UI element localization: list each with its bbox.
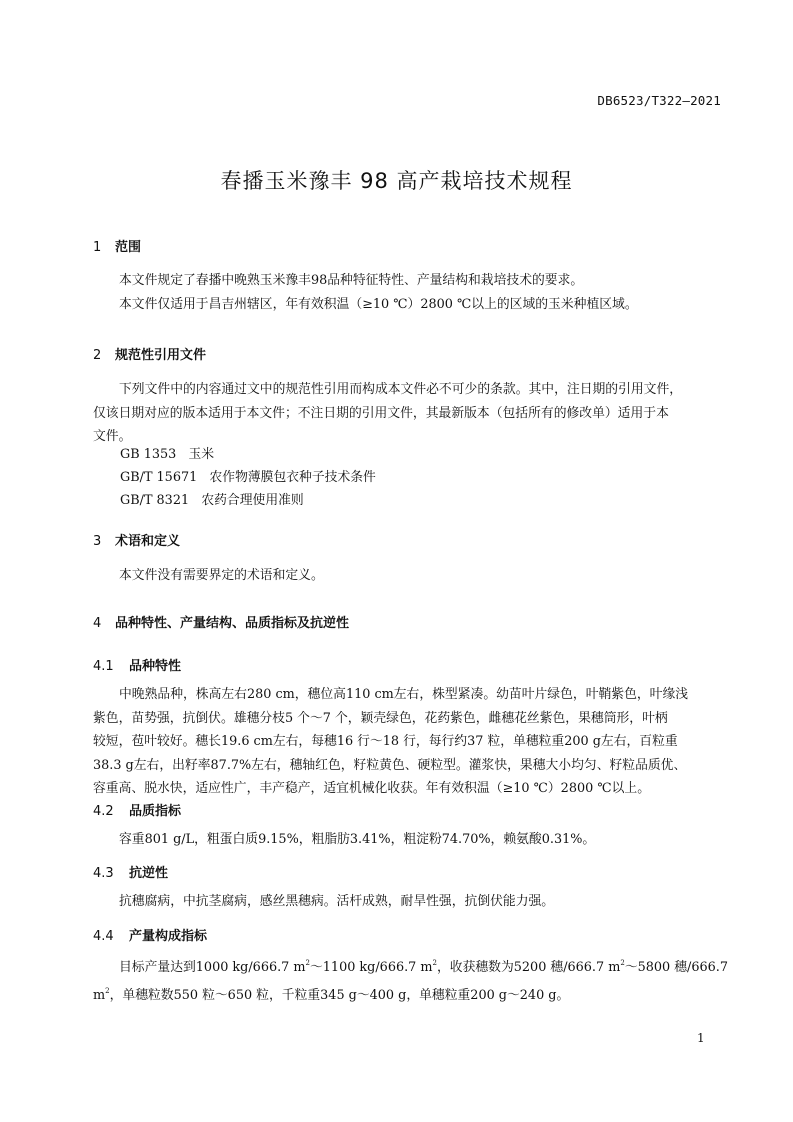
section-4-heading: 4品种特性、产量结构、品质指标及抗逆性 [93,612,349,631]
reference-item: GB/T 8321 农药合理使用准则 [120,489,304,513]
page-number: 1 [697,1031,705,1045]
reference-name: 农药合理使用准则 [201,493,303,508]
reference-code: GB/T 8321 [120,493,189,508]
section-number: 4 [93,616,115,631]
section-title: 产量构成指标 [129,929,207,944]
section-4-3-body: 抗穗腐病，中抗茎腐病，感丝黑穗病。活杆成熟，耐旱性强，抗倒伏能力强。 [93,890,719,914]
section-3-body: 本文件没有需要界定的术语和定义。 [93,564,719,588]
section-2-heading: 2规范性引用文件 [93,344,206,363]
section-number: 3 [93,534,115,549]
text-run: ～1100 kg/666.7 m [310,960,433,975]
reference-item: GB 1353 玉米 [120,443,214,467]
section-4-4-body: 目标产量达到1000 kg/666.7 m2～1100 kg/666.7 m2，… [93,952,719,1007]
section-number: 4.2 [93,804,129,819]
document-page: DB6523/T322—2021 春播玉米豫丰 98 高产栽培技术规程 1范围 … [0,0,793,1122]
paragraph-line: 下列文件中的内容通过文中的规范性引用而构成本文件必不可少的条款。其中，注日期的引… [93,378,719,402]
section-4-1-heading: 4.1品种特性 [93,655,181,674]
section-4-3-heading: 4.3抗逆性 [93,862,168,881]
section-4-2-heading: 4.2品质指标 [93,800,181,819]
section-title: 抗逆性 [129,866,168,881]
section-title: 品种特性、产量结构、品质指标及抗逆性 [115,616,349,631]
reference-name: 玉米 [188,447,214,462]
section-number: 1 [93,240,115,255]
paragraph-line: 本文件没有需要界定的术语和定义。 [93,564,719,588]
section-title: 范围 [115,240,141,255]
paragraph-line: 38.3 g左右，出籽率87.7%左右，穗轴红色，籽粒黄色、硬粒型。灌浆快，果穗… [93,754,719,778]
text-run: 目标产量达到1000 kg/666.7 m [119,960,306,975]
section-4-4-heading: 4.4产量构成指标 [93,925,207,944]
paragraph-line: 中晚熟品种，株高左右280 cm，穗位高110 cm左右，株型紧凑。幼苗叶片绿色… [93,683,719,707]
reference-code: GB 1353 [120,447,176,462]
section-number: 4.3 [93,866,129,881]
paragraph-line: 紫色，苗势强，抗倒伏。雄穗分枝5 个～7 个，颖壳绿色，花药紫色，雌穗花丝紫色，… [93,707,719,731]
paragraph-line: 目标产量达到1000 kg/666.7 m2～1100 kg/666.7 m2，… [93,952,719,980]
paragraph-line: 较短，苞叶较好。穗长19.6 cm左右，每穗16 行～18 行，每行约37 粒，… [93,730,719,754]
reference-name: 农作物薄膜包衣种子技术条件 [209,470,375,485]
paragraph-line: 抗穗腐病，中抗茎腐病，感丝黑穗病。活杆成熟，耐旱性强，抗倒伏能力强。 [93,890,719,914]
section-title: 规范性引用文件 [115,348,206,363]
section-2-body: 下列文件中的内容通过文中的规范性引用而构成本文件必不可少的条款。其中，注日期的引… [93,378,719,449]
section-number: 2 [93,348,115,363]
section-4-1-body: 中晚熟品种，株高左右280 cm，穗位高110 cm左右，株型紧凑。幼苗叶片绿色… [93,683,719,801]
section-1-body: 本文件规定了春播中晚熟玉米豫丰98品种特征特性、产量结构和栽培技术的要求。 本文… [93,269,719,316]
section-number: 4.1 [93,659,129,674]
reference-item: GB/T 15671 农作物薄膜包衣种子技术条件 [120,466,376,490]
standard-code: DB6523/T322—2021 [597,93,721,108]
paragraph-line: 本文件规定了春播中晚熟玉米豫丰98品种特征特性、产量结构和栽培技术的要求。 [93,269,719,293]
section-4-2-body: 容重801 g/L，粗蛋白质9.15%，粗脂肪3.41%，粗淀粉74.70%，赖… [93,828,719,852]
section-3-heading: 3术语和定义 [93,530,180,549]
section-number: 4.4 [93,929,129,944]
section-title: 品质指标 [129,804,181,819]
document-title: 春播玉米豫丰 98 高产栽培技术规程 [0,165,793,195]
paragraph-line: m2，单穗粒数550 粒～650 粒，千粒重345 g～400 g，单穗粒重20… [93,980,719,1008]
text-run: ，收获穗数为5200 穗/666.7 m [437,960,620,975]
paragraph-line: 仅该日期对应的版本适用于本文件；不注日期的引用文件，其最新版本（包括所有的修改单… [93,402,719,426]
paragraph-line: 容重801 g/L，粗蛋白质9.15%，粗脂肪3.41%，粗淀粉74.70%，赖… [93,828,719,852]
text-run: ～5800 穗/666.7 [625,960,728,975]
text-run: ，单穗粒数550 粒～650 粒，千粒重345 g～400 g，单穗粒重200 … [110,988,570,1003]
paragraph-line: 容重高、脱水快，适应性广，丰产稳产，适宜机械化收获。年有效积温（≥10 ℃）28… [93,777,719,801]
section-title: 品种特性 [129,659,181,674]
section-1-heading: 1范围 [93,236,141,255]
paragraph-line: 本文件仅适用于昌吉州辖区，年有效积温（≥10 ℃）2800 ℃以上的区域的玉米种… [93,293,719,317]
section-title: 术语和定义 [115,534,180,549]
text-run: m [93,988,105,1003]
reference-code: GB/T 15671 [120,470,197,485]
